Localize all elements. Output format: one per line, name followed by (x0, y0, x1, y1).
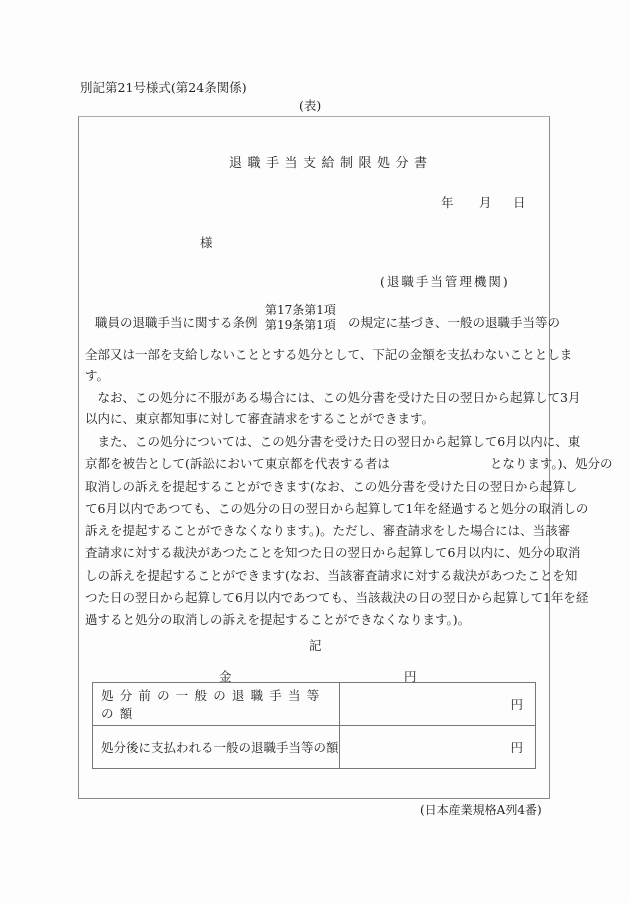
addressee-suffix: 様 (200, 233, 213, 251)
row-amount-after: 円 (340, 726, 536, 769)
paper-standard-note: (日本産業規格A列4番) (420, 801, 542, 818)
issuer-label: (退職手当管理機関) (380, 272, 510, 290)
body-line: 全部又は一部を支給しないこととする処分として、下記の金額を支払わないこととしま (85, 345, 545, 363)
body-line: 京都を被告として(訴訟において東京都を代表する者は となります。)、処分の (85, 454, 545, 472)
body-line: 取消しの訴えを提起することができます(なお、この処分書を受けた日の翌日から起算し (85, 477, 545, 495)
side-label: (表) (299, 96, 321, 114)
form-reference: 別記第21号様式(第24条関係) (80, 78, 247, 96)
body-line: しの訴えを提起することができます(なお、当該審査請求に対する裁決があつたことを知 (85, 566, 545, 584)
date-day-label: 日 (513, 193, 526, 211)
ordinance-name: 職員の退職手当に関する条例 (95, 313, 258, 331)
row-amount-before: 円 (340, 683, 536, 726)
body-line: 過すると処分の取消しの訴えを提起することができなくなります。)。 (85, 610, 545, 628)
body-line: 査請求に対する裁決があつたことを知つた日の翌日から起算して6月以内に、処分の取消 (85, 543, 545, 561)
body-line: また、この処分については、この処分書を受けた日の翌日から起算して6月以内に、東 (85, 432, 545, 450)
body-line: 以内に、東京都知事に対して審査請求をすることができます。 (85, 409, 545, 427)
amount-table: 処分前の一般の退職手当等の額 円 処分後に支払われる一般の退職手当等の額 円 (92, 682, 536, 769)
row-label-before: 処分前の一般の退職手当等の額 (93, 683, 340, 726)
record-heading: 記 (309, 636, 322, 654)
article-option-19: 第19条第1項 (265, 318, 336, 333)
table-row: 処分前の一般の退職手当等の額 円 (93, 683, 536, 726)
body-line: つた日の翌日から起算して6月以内であつても、当該裁決の日の翌日から起算して1年を… (85, 588, 545, 606)
body-line: す。 (85, 366, 545, 384)
row-label-after: 処分後に支払われる一般の退職手当等の額 (93, 726, 340, 769)
table-row: 処分後に支払われる一般の退職手当等の額 円 (93, 726, 536, 769)
body-line: なお、この処分に不服がある場合には、この処分書を受けた日の翌日から起算して3月 (85, 388, 545, 406)
date-year-label: 年 (441, 193, 454, 211)
article-options: 第17条第1項 第19条第1項 (265, 303, 336, 333)
date-month-label: 月 (479, 193, 492, 211)
body-line: 訴えを提起することができなくなります。)。ただし、審査請求をした場合には、当該審 (85, 521, 545, 539)
document-title: 退職手当支給制限処分書 (229, 152, 433, 171)
body-line: て6月以内であつても、この処分の日の翌日から起算して1年を経過すると処分の取消し… (85, 499, 545, 517)
article-option-17: 第17条第1項 (265, 303, 336, 318)
clause-suffix: の規定に基づき、一般の退職手当等の (348, 313, 560, 331)
